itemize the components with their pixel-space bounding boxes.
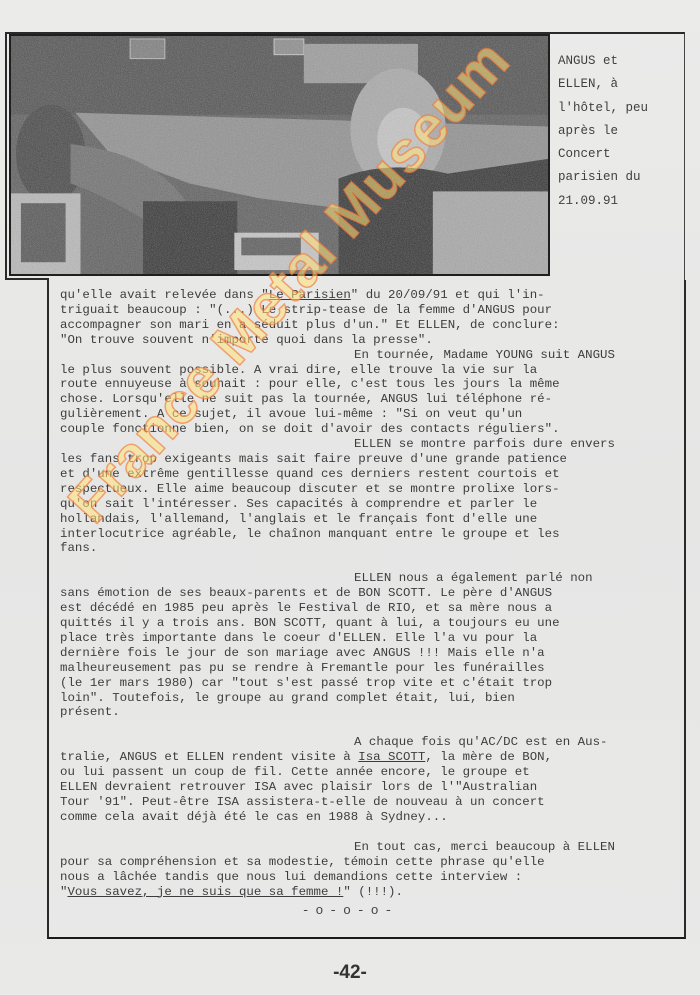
underlined-text: Le Parisien bbox=[269, 288, 351, 302]
text-segment: nous a lâchée tandis que nous lui demand… bbox=[60, 870, 522, 884]
magazine-page: ANGUS etELLEN, àl'hôtel, peuaprès leConc… bbox=[0, 0, 700, 995]
text-line: et d'une extrême gentillesse quand ces d… bbox=[60, 467, 682, 482]
text-line: est décédé en 1985 peu après le Festival… bbox=[60, 601, 682, 616]
text-segment: Tour '91". Peut-être ISA assistera-t-ell… bbox=[60, 795, 545, 809]
text-segment: " du 20/09/91 et qui l'in- bbox=[351, 288, 545, 302]
text-segment: sans émotion de ses beaux-parents et de … bbox=[60, 586, 552, 600]
text-line: respectueux. Elle aime beaucoup discuter… bbox=[60, 482, 682, 497]
text-segment: quittés il y a trois ans. BON SCOTT, qua… bbox=[60, 616, 560, 630]
text-segment: (le 1er mars 1980) car "tout s'est passé… bbox=[60, 676, 552, 690]
text-segment: respectueux. Elle aime beaucoup discuter… bbox=[60, 482, 560, 496]
text-line: nous a lâchée tandis que nous lui demand… bbox=[60, 870, 682, 885]
section-separator: -o-o-o- bbox=[0, 903, 700, 918]
text-segment: loin". Toutefois, le groupe au grand com… bbox=[60, 691, 515, 705]
text-line: (le 1er mars 1980) car "tout s'est passé… bbox=[60, 676, 682, 691]
text-segment: comme cela avait déjà été le cas en 1988… bbox=[60, 810, 448, 824]
article-paragraph: En tout cas, merci beaucoup à ELLENpour … bbox=[60, 840, 682, 900]
text-segment: ou lui passent un coup de fil. Cette ann… bbox=[60, 765, 530, 779]
text-line: fans. bbox=[60, 541, 682, 556]
text-segment: triguait beaucoup : "(...) Le strip-teas… bbox=[60, 303, 552, 317]
caption-line: l'hôtel, peu bbox=[558, 97, 683, 120]
article-paragraph: En tournée, Madame YOUNG suit ANGUSle pl… bbox=[60, 348, 682, 437]
text-segment: qu'elle avait relevée dans " bbox=[60, 288, 269, 302]
caption-line: ANGUS et bbox=[558, 50, 683, 73]
text-segment: , la mère de BON, bbox=[425, 750, 552, 764]
text-line: le plus souvent possible. A vrai dire, e… bbox=[60, 363, 682, 378]
text-segment: fans. bbox=[60, 541, 97, 555]
text-line: ELLEN nous a également parlé non bbox=[60, 571, 682, 586]
text-line: qu'elle avait relevée dans "Le Parisien"… bbox=[60, 288, 682, 303]
text-segment: dernière fois le jour de son mariage ave… bbox=[60, 646, 545, 660]
page-number: -42- bbox=[0, 962, 700, 984]
text-line: hollandais, l'allemand, l'anglais et le … bbox=[60, 512, 682, 527]
text-line: les fans trop exigeants mais sait faire … bbox=[60, 452, 682, 467]
text-segment: malheureusement pas pu se rendre à Frema… bbox=[60, 661, 545, 675]
caption-line: ELLEN, à bbox=[558, 73, 683, 96]
text-line: route ennuyeuse à souhait : pour elle, c… bbox=[60, 377, 682, 392]
text-segment: qu'on sait l'intéresser. Ses capacités à… bbox=[60, 497, 537, 511]
text-line: place très importante dans le coeur d'EL… bbox=[60, 631, 682, 646]
paragraph-gap bbox=[60, 825, 682, 840]
text-segment: gulièrement. A ce sujet, il avoue lui-mê… bbox=[60, 407, 522, 421]
text-line: En tout cas, merci beaucoup à ELLEN bbox=[60, 840, 682, 855]
text-segment: pour sa compréhension et sa modestie, té… bbox=[60, 855, 545, 869]
underlined-text: Vous savez, je ne suis que sa femme ! bbox=[67, 885, 343, 899]
text-segment: "On trouve souvent n'importe quoi dans l… bbox=[60, 333, 433, 347]
text-segment: chose. Lorsqu'elle ne suit pas la tourné… bbox=[60, 392, 552, 406]
article-paragraph: ELLEN nous a également parlé nonsans émo… bbox=[60, 571, 682, 720]
photo-angus-ellen-hotel bbox=[9, 34, 550, 276]
text-segment: " (!!!). bbox=[343, 885, 403, 899]
text-line: chose. Lorsqu'elle ne suit pas la tourné… bbox=[60, 392, 682, 407]
text-line: A chaque fois qu'AC/DC est en Aus- bbox=[60, 735, 682, 750]
text-line: interlocutrice agréable, le chaînon manq… bbox=[60, 527, 682, 542]
article-paragraph: ELLEN se montre parfois dure enversles f… bbox=[60, 437, 682, 556]
text-line: sans émotion de ses beaux-parents et de … bbox=[60, 586, 682, 601]
caption-line: après le bbox=[558, 120, 683, 143]
caption-line: 21.09.91 bbox=[558, 190, 683, 213]
text-line: quittés il y a trois ans. BON SCOTT, qua… bbox=[60, 616, 682, 631]
text-segment: route ennuyeuse à souhait : pour elle, c… bbox=[60, 377, 560, 391]
text-segment: présent. bbox=[60, 705, 120, 719]
text-segment: place très importante dans le coeur d'EL… bbox=[60, 631, 537, 645]
text-line: triguait beaucoup : "(...) Le strip-teas… bbox=[60, 303, 682, 318]
underlined-text: Isa SCOTT bbox=[358, 750, 425, 764]
text-line: présent. bbox=[60, 705, 682, 720]
text-line: "On trouve souvent n'importe quoi dans l… bbox=[60, 333, 682, 348]
text-segment: et d'une extrême gentillesse quand ces d… bbox=[60, 467, 560, 481]
text-line: accompagner son mari en a séduit plus d'… bbox=[60, 318, 682, 333]
text-line: malheureusement pas pu se rendre à Frema… bbox=[60, 661, 682, 676]
text-line: loin". Toutefois, le groupe au grand com… bbox=[60, 691, 682, 706]
text-line: ou lui passent un coup de fil. Cette ann… bbox=[60, 765, 682, 780]
text-line: gulièrement. A ce sujet, il avoue lui-mê… bbox=[60, 407, 682, 422]
text-line: ELLEN se montre parfois dure envers bbox=[60, 437, 682, 452]
text-segment: ELLEN devraient retrouver ISA avec plais… bbox=[60, 780, 537, 794]
text-segment: En tournée, Madame YOUNG suit ANGUS bbox=[354, 348, 615, 362]
text-segment: interlocutrice agréable, le chaînon manq… bbox=[60, 527, 560, 541]
text-segment: ELLEN nous a également parlé non bbox=[354, 571, 593, 585]
text-segment: accompagner son mari en a séduit plus d'… bbox=[60, 318, 560, 332]
text-line: qu'on sait l'intéresser. Ses capacités à… bbox=[60, 497, 682, 512]
text-segment: A chaque fois qu'AC/DC est en Aus- bbox=[354, 735, 608, 749]
text-line: En tournée, Madame YOUNG suit ANGUS bbox=[60, 348, 682, 363]
caption-line: parisien du bbox=[558, 166, 683, 189]
text-line: couple fonctionne bien, on se doit d'avo… bbox=[60, 422, 682, 437]
text-line: dernière fois le jour de son mariage ave… bbox=[60, 646, 682, 661]
caption-line: Concert bbox=[558, 143, 683, 166]
article-body: qu'elle avait relevée dans "Le Parisien"… bbox=[60, 288, 682, 899]
text-segment: ELLEN se montre parfois dure envers bbox=[354, 437, 615, 451]
text-line: tralie, ANGUS et ELLEN rendent visite à … bbox=[60, 750, 682, 765]
paragraph-gap bbox=[60, 556, 682, 571]
text-line: comme cela avait déjà été le cas en 1988… bbox=[60, 810, 682, 825]
text-segment: tralie, ANGUS et ELLEN rendent visite à bbox=[60, 750, 358, 764]
text-segment: couple fonctionne bien, on se doit d'avo… bbox=[60, 422, 560, 436]
text-segment: hollandais, l'allemand, l'anglais et le … bbox=[60, 512, 537, 526]
article-paragraph: A chaque fois qu'AC/DC est en Aus-tralie… bbox=[60, 735, 682, 824]
text-line: Tour '91". Peut-être ISA assistera-t-ell… bbox=[60, 795, 682, 810]
text-line: ELLEN devraient retrouver ISA avec plais… bbox=[60, 780, 682, 795]
paragraph-gap bbox=[60, 720, 682, 735]
text-line: pour sa compréhension et sa modestie, té… bbox=[60, 855, 682, 870]
photo-caption: ANGUS etELLEN, àl'hôtel, peuaprès leConc… bbox=[558, 50, 683, 213]
frame-divider-line bbox=[5, 278, 49, 280]
text-segment: est décédé en 1985 peu après le Festival… bbox=[60, 601, 552, 615]
text-segment: les fans trop exigeants mais sait faire … bbox=[60, 452, 567, 466]
article-paragraph: qu'elle avait relevée dans "Le Parisien"… bbox=[60, 288, 682, 348]
text-segment: En tout cas, merci beaucoup à ELLEN bbox=[354, 840, 615, 854]
text-line: "Vous savez, je ne suis que sa femme !" … bbox=[60, 885, 682, 900]
text-segment: le plus souvent possible. A vrai dire, e… bbox=[60, 363, 537, 377]
